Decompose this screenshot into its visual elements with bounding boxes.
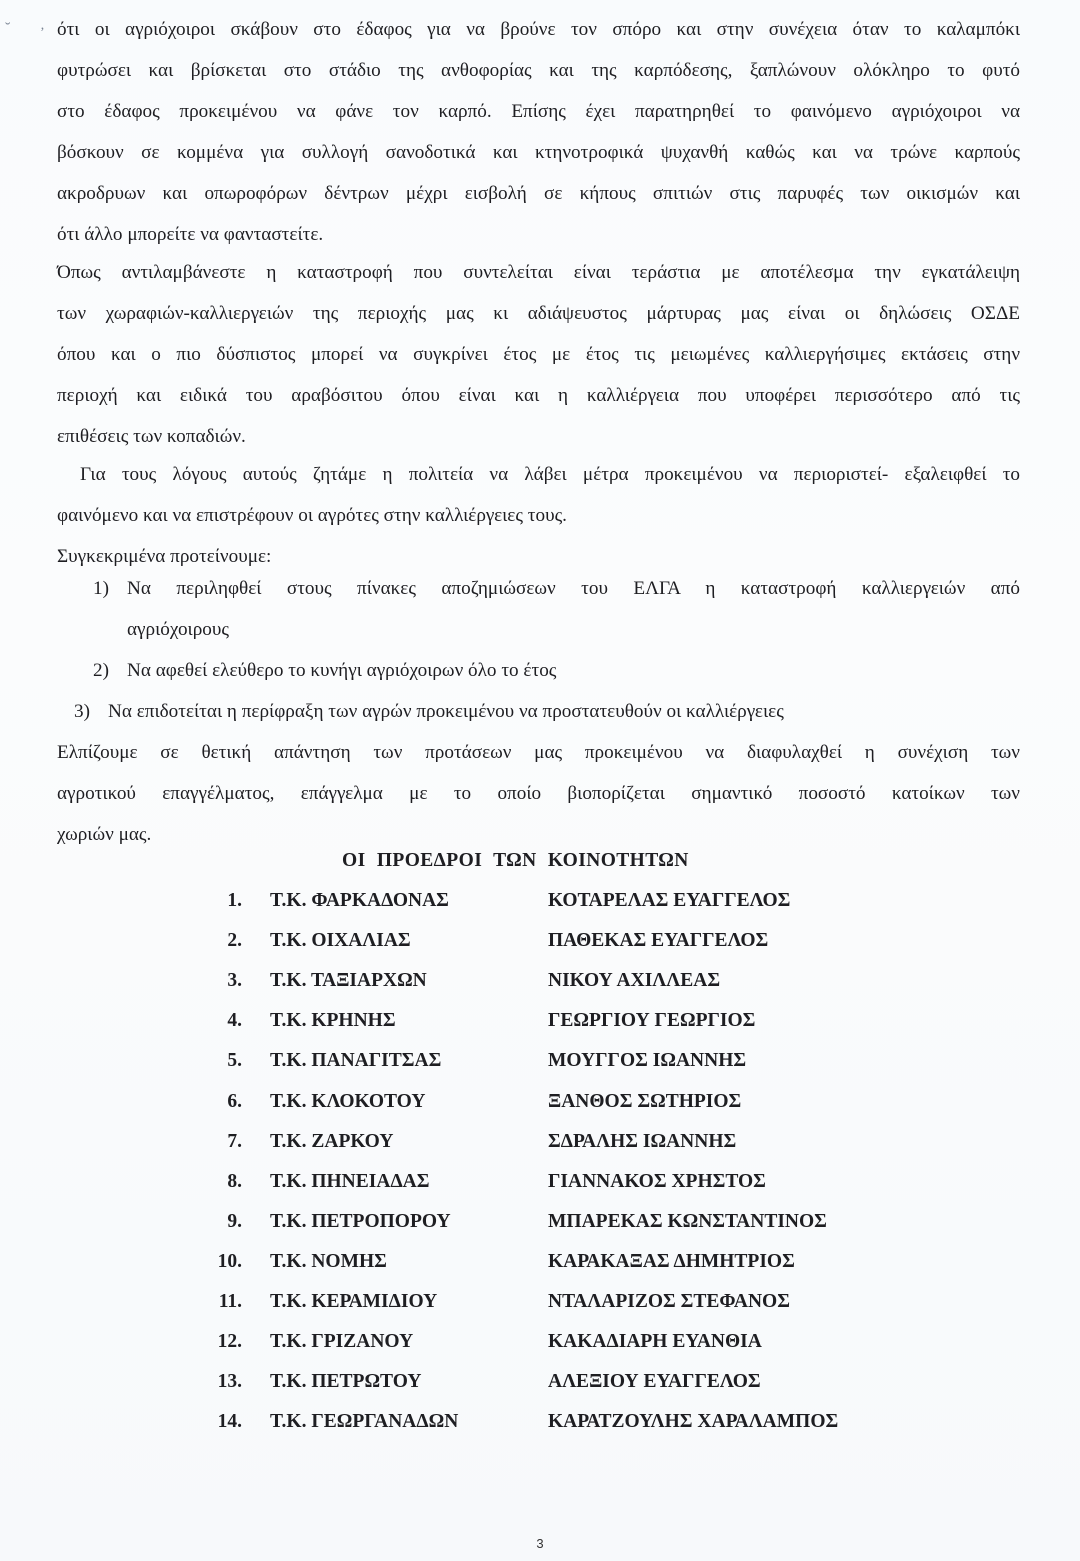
document-page: ˘ ‚ ότι οι αγριόχοιροι σκάβουν στο έδαφο… [0, 0, 1080, 1561]
text-line: Όπως αντιλαμβάνεστε η καταστροφή που συν… [57, 252, 1020, 293]
text-line: Να περιληφθεί στους πίνακες αποζημιώσεων… [127, 568, 1020, 609]
text-line: Να αφεθεί ελεύθερο το κυνήγι αγριόχοιρων… [127, 650, 556, 691]
paragraph-request: Για τους λόγους αυτούς ζητάμε η πολιτεία… [57, 454, 1020, 577]
president-name: ΚΑΚΑΔΙΑΡΗ ΕΥΑΝΘΙΑ [548, 1331, 762, 1353]
president-name: ΠΑΘΕΚΑΣ ΕΥΑΓΓΕΛΟΣ [548, 930, 768, 952]
president-name: ΓΙΑΝΝΑΚΟΣ ΧΡΗΣΤΟΣ [548, 1171, 766, 1193]
text-line: Να επιδοτείται η περίφραξη των αγρών προ… [108, 691, 784, 732]
scan-artifact: ‚ [40, 18, 45, 34]
community-name: Τ.Κ. ΖΑΡΚΟΥ [270, 1131, 393, 1153]
row-number: 9. [227, 1211, 242, 1233]
president-name: ΚΑΡΑΤΖΟΥΛΗΣ ΧΑΡΑΛΑΜΠΟΣ [548, 1411, 838, 1433]
row-number: 11. [219, 1291, 242, 1313]
page-number: 3 [0, 1536, 1080, 1551]
row-number: 13. [218, 1371, 242, 1393]
community-name: Τ.Κ. ΦΑΡΚΑΔΟΝΑΣ [270, 890, 449, 912]
signature-row: 10. Τ.Κ. ΝΟΜΗΣ ΚΑΡΑΚΑΞΑΣ ΔΗΜΗΤΡΙΟΣ [0, 1251, 1080, 1291]
signatures-title: ΟΙ ΠΡΟΕΔΡΟΙ ΤΩΝ ΚΟΙΝΟΤΗΤΩΝ [342, 850, 689, 872]
signature-row: 14. Τ.Κ. ΓΕΩΡΓΑΝΑΔΩΝ ΚΑΡΑΤΖΟΥΛΗΣ ΧΑΡΑΛΑΜ… [0, 1411, 1080, 1451]
text-line: φυτρώσει και βρίσκεται στο στάδιο της αν… [57, 50, 1020, 91]
president-name: ΓΕΩΡΓΙΟΥ ΓΕΩΡΓΙΟΣ [548, 1010, 755, 1032]
signature-row: 9. Τ.Κ. ΠΕΤΡΟΠΟΡΟΥ ΜΠΑΡΕΚΑΣ ΚΩΝΣΤΑΝΤΙΝΟΣ [0, 1211, 1080, 1251]
signature-row: 1. Τ.Κ. ΦΑΡΚΑΔΟΝΑΣ ΚΟΤΑΡΕΛΑΣ ΕΥΑΓΓΕΛΟΣ [0, 890, 1080, 930]
text-line: αγριόχοιρους [127, 609, 1020, 650]
community-name: Τ.Κ. ΚΛΟΚΟΤΟΥ [270, 1091, 425, 1113]
text-line: Για τους λόγους αυτούς ζητάμε η πολιτεία… [57, 454, 1020, 495]
text-line: επιθέσεις των κοπαδιών. [57, 416, 1020, 457]
president-name: ΚΑΡΑΚΑΞΑΣ ΔΗΜΗΤΡΙΟΣ [548, 1251, 795, 1273]
president-name: ΜΟΥΓΓΟΣ ΙΩΑΝΝΗΣ [548, 1050, 746, 1072]
proposal-item: 3) Να επιδοτείται η περίφραξη των αγρών … [74, 691, 1020, 732]
text-line: Ελπίζουμε σε θετική απάντηση των προτάσε… [57, 732, 1020, 773]
row-number: 1. [227, 890, 242, 912]
proposal-number: 1) [93, 568, 127, 650]
paragraph-closing: Ελπίζουμε σε θετική απάντηση των προτάσε… [57, 732, 1020, 855]
signature-row: 7. Τ.Κ. ΖΑΡΚΟΥ ΣΔΡΑΛΗΣ ΙΩΑΝΝΗΣ [0, 1131, 1080, 1171]
scan-artifact: ˘ [5, 20, 10, 38]
signature-row: 5. Τ.Κ. ΠΑΝΑΓΙΤΣΑΣ ΜΟΥΓΓΟΣ ΙΩΑΝΝΗΣ [0, 1050, 1080, 1090]
row-number: 2. [227, 930, 242, 952]
text-line: στο έδαφος προκειμένου να φάνε τον καρπό… [57, 91, 1020, 132]
text-line: των χωραφιών-καλλιεργειών της περιοχής μ… [57, 293, 1020, 334]
row-number: 8. [227, 1171, 242, 1193]
president-name: ΜΠΑΡΕΚΑΣ ΚΩΝΣΤΑΝΤΙΝΟΣ [548, 1211, 827, 1233]
proposal-item: 1) Να περιληφθεί στους πίνακες αποζημιώσ… [93, 568, 1020, 650]
community-name: Τ.Κ. ΤΑΞΙΑΡΧΩΝ [270, 970, 427, 992]
community-name: Τ.Κ. ΠΑΝΑΓΙΤΣΑΣ [270, 1050, 441, 1072]
text-line: φαινόμενο και να επιστρέφουν οι αγρότες … [57, 495, 1020, 536]
row-number: 7. [227, 1131, 242, 1153]
community-name: Τ.Κ. ΟΙΧΑΛΙΑΣ [270, 930, 411, 952]
row-number: 3. [227, 970, 242, 992]
signature-row: 11. Τ.Κ. ΚΕΡΑΜΙΔΙΟΥ ΝΤΑΛΑΡΙΖΟΣ ΣΤΕΦΑΝΟΣ [0, 1291, 1080, 1331]
row-number: 10. [218, 1251, 242, 1273]
community-name: Τ.Κ. ΚΡΗΝΗΣ [270, 1010, 396, 1032]
paragraph-destruction: Όπως αντιλαμβάνεστε η καταστροφή που συν… [57, 252, 1020, 457]
community-name: Τ.Κ. ΠΗΝΕΙΑΔΑΣ [270, 1171, 430, 1193]
text-line: ακροδρυων και οπωροφόρων δέντρων μέχρι ε… [57, 173, 1020, 214]
text-line: περιοχή και ειδικά του αραβόσιτου όπου ε… [57, 375, 1020, 416]
row-number: 4. [227, 1010, 242, 1032]
signature-row: 3. Τ.Κ. ΤΑΞΙΑΡΧΩΝ ΝΙΚΟΥ ΑΧΙΛΛΕΑΣ [0, 970, 1080, 1010]
community-name: Τ.Κ. ΠΕΤΡΩΤΟΥ [270, 1371, 421, 1393]
text-line: ότι οι αγριόχοιροι σκάβουν στο έδαφος γι… [57, 9, 1020, 50]
community-name: Τ.Κ. ΠΕΤΡΟΠΟΡΟΥ [270, 1211, 451, 1233]
row-number: 14. [218, 1411, 242, 1433]
signature-row: 13. Τ.Κ. ΠΕΤΡΩΤΟΥ ΑΛΕΞΙΟΥ ΕΥΑΓΓΕΛΟΣ [0, 1371, 1080, 1411]
community-name: Τ.Κ. ΓΡΙΖΑΝΟΥ [270, 1331, 413, 1353]
community-name: Τ.Κ. ΓΕΩΡΓΑΝΑΔΩΝ [270, 1411, 458, 1433]
proposal-item: 2) Να αφεθεί ελεύθερο το κυνήγι αγριόχοι… [93, 650, 1020, 691]
president-name: ΑΛΕΞΙΟΥ ΕΥΑΓΓΕΛΟΣ [548, 1371, 761, 1393]
president-name: ΣΔΡΑΛΗΣ ΙΩΑΝΝΗΣ [548, 1131, 736, 1153]
president-name: ΚΟΤΑΡΕΛΑΣ ΕΥΑΓΓΕΛΟΣ [548, 890, 790, 912]
text-line: αγροτικού επαγγέλματος, επάγγελμα με το … [57, 773, 1020, 814]
proposal-number: 3) [74, 691, 108, 732]
signature-row: 8. Τ.Κ. ΠΗΝΕΙΑΔΑΣ ΓΙΑΝΝΑΚΟΣ ΧΡΗΣΤΟΣ [0, 1171, 1080, 1211]
signature-row: 4. Τ.Κ. ΚΡΗΝΗΣ ΓΕΩΡΓΙΟΥ ΓΕΩΡΓΙΟΣ [0, 1010, 1080, 1050]
row-number: 5. [227, 1050, 242, 1072]
president-name: ΝΤΑΛΑΡΙΖΟΣ ΣΤΕΦΑΝΟΣ [548, 1291, 790, 1313]
paragraph-wild-boar-damage: ότι οι αγριόχοιροι σκάβουν στο έδαφος γι… [57, 9, 1020, 255]
proposal-number: 2) [93, 650, 127, 691]
text-line: ότι άλλο μπορείτε να φανταστείτε. [57, 214, 1020, 255]
row-number: 12. [218, 1331, 242, 1353]
text-line: όπου και ο πιο δύσπιστος μπορεί να συγκρ… [57, 334, 1020, 375]
president-name: ΞΑΝΘΟΣ ΣΩΤΗΡΙΟΣ [548, 1091, 741, 1113]
text-line: χωριών μας. [57, 814, 1020, 855]
signature-row: 12. Τ.Κ. ΓΡΙΖΑΝΟΥ ΚΑΚΑΔΙΑΡΗ ΕΥΑΝΘΙΑ [0, 1331, 1080, 1371]
community-name: Τ.Κ. ΚΕΡΑΜΙΔΙΟΥ [270, 1291, 437, 1313]
text-line: βόσκουν σε κομμένα για συλλογή σανοδοτικ… [57, 132, 1020, 173]
signature-row: 6. Τ.Κ. ΚΛΟΚΟΤΟΥ ΞΑΝΘΟΣ ΣΩΤΗΡΙΟΣ [0, 1091, 1080, 1131]
community-name: Τ.Κ. ΝΟΜΗΣ [270, 1251, 387, 1273]
president-name: ΝΙΚΟΥ ΑΧΙΛΛΕΑΣ [548, 970, 720, 992]
row-number: 6. [227, 1091, 242, 1113]
signature-row: 2. Τ.Κ. ΟΙΧΑΛΙΑΣ ΠΑΘΕΚΑΣ ΕΥΑΓΓΕΛΟΣ [0, 930, 1080, 970]
